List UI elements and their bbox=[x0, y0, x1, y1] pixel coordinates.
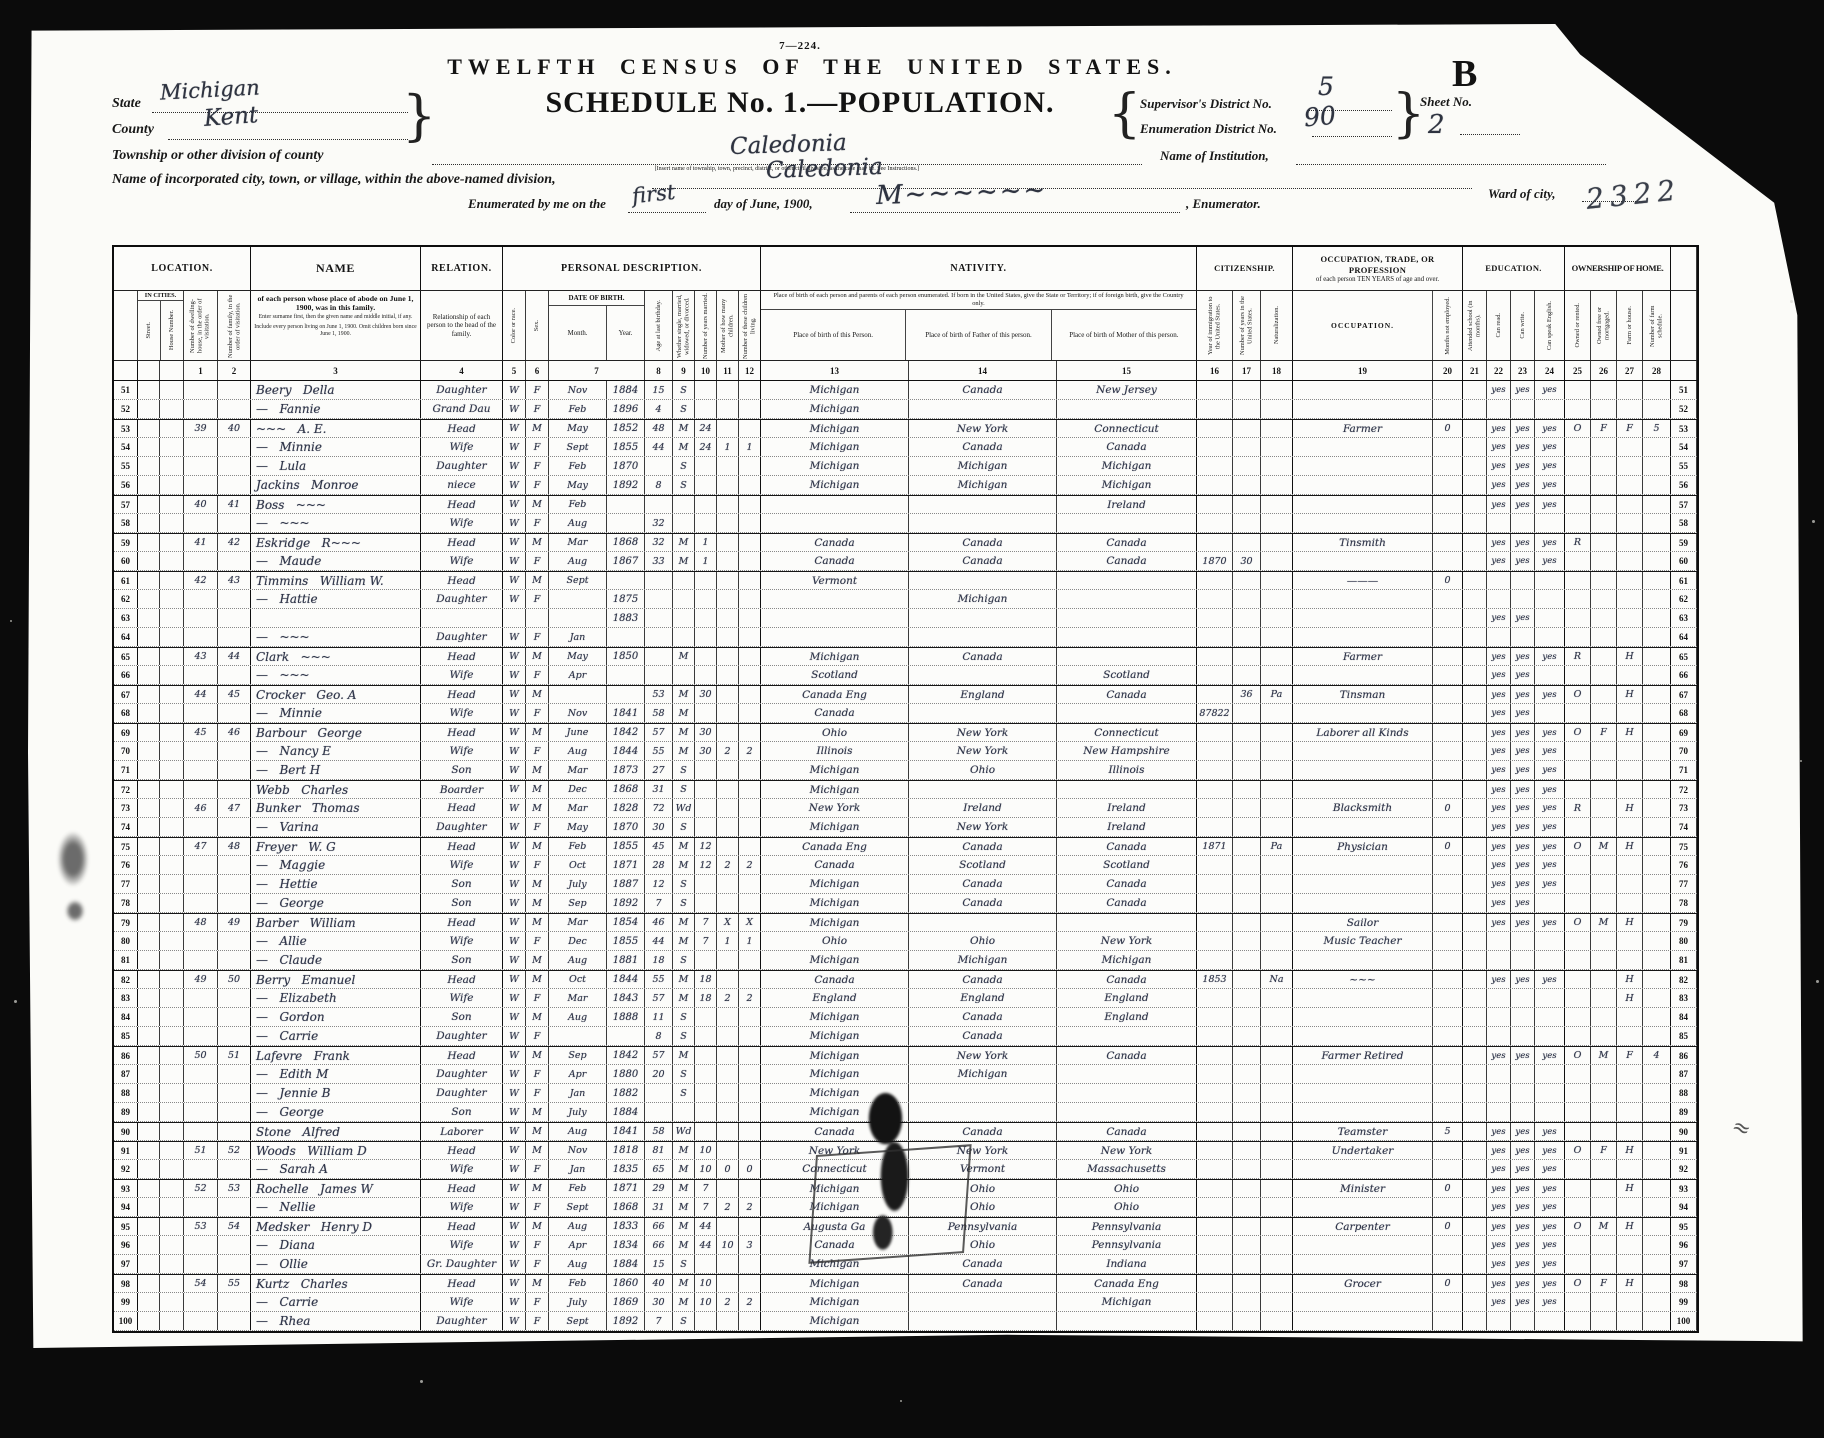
cell-age: 8 bbox=[645, 1027, 673, 1045]
cell-pob: Vermont bbox=[761, 572, 909, 589]
cell-age bbox=[645, 609, 673, 627]
cell-mch bbox=[717, 971, 739, 988]
cell-yr: 1843 bbox=[607, 989, 645, 1007]
cell-mo: Aug bbox=[549, 1255, 607, 1273]
cell-yu bbox=[1233, 1180, 1261, 1197]
cell-rel: Wife bbox=[421, 989, 503, 1007]
line-number-right: 96 bbox=[1671, 1236, 1697, 1254]
cell-cy bbox=[1197, 534, 1233, 551]
column-number: 9 bbox=[673, 361, 695, 380]
cell-pm: New York bbox=[1057, 932, 1197, 950]
cell-pf bbox=[909, 514, 1057, 532]
cell-e2: yes bbox=[1487, 914, 1511, 931]
cell-sex: F bbox=[526, 1065, 549, 1083]
cell-o4 bbox=[1643, 609, 1671, 627]
cell-ho bbox=[160, 648, 184, 665]
cell-ho bbox=[160, 742, 184, 760]
cell-e4: yes bbox=[1535, 1160, 1565, 1178]
cell-age: 31 bbox=[645, 781, 673, 798]
line-number: 56 bbox=[114, 476, 138, 494]
cell-sex: M bbox=[526, 1275, 549, 1292]
census-row: 52— FannieGrand DauWFFeb18964SMichigan52 bbox=[114, 400, 1697, 419]
cell-mar bbox=[673, 514, 695, 532]
cell-mo: Nov bbox=[549, 1142, 607, 1159]
cell-o2 bbox=[1591, 628, 1617, 646]
cell-o3 bbox=[1617, 514, 1643, 532]
cell-e4 bbox=[1535, 951, 1565, 969]
cell-ym bbox=[695, 609, 717, 627]
cell-e4: yes bbox=[1535, 457, 1565, 475]
line-number-right: 98 bbox=[1671, 1275, 1697, 1292]
cell-mo: Apr bbox=[549, 1236, 607, 1254]
cell-rel: Head bbox=[421, 572, 503, 589]
cell-age: 44 bbox=[645, 438, 673, 456]
cell-yu bbox=[1233, 496, 1261, 513]
cell-mar: S bbox=[673, 1065, 695, 1083]
cell-mar bbox=[673, 666, 695, 684]
cell-yu bbox=[1233, 1008, 1261, 1026]
cell-o2 bbox=[1591, 742, 1617, 760]
cell-mch bbox=[717, 724, 739, 741]
cell-e2: yes bbox=[1487, 381, 1511, 399]
cell-mch: 2 bbox=[717, 1198, 739, 1216]
cell-dw bbox=[184, 400, 218, 418]
cell-o4 bbox=[1643, 1312, 1671, 1330]
sex-col: Sex. bbox=[526, 291, 549, 360]
cell-e1 bbox=[1463, 989, 1487, 1007]
cell-dw: 53 bbox=[184, 1218, 218, 1235]
cell-col: W bbox=[503, 1142, 526, 1159]
cell-dw bbox=[184, 989, 218, 1007]
column-number: 1 bbox=[184, 361, 218, 380]
cell-dw: 54 bbox=[184, 1275, 218, 1292]
cell-occ: Carpenter bbox=[1293, 1218, 1433, 1235]
cell-st bbox=[138, 1142, 160, 1159]
cell-mar bbox=[673, 590, 695, 608]
cell-st bbox=[138, 914, 160, 931]
cell-ym bbox=[695, 818, 717, 836]
cell-mar: M bbox=[673, 1236, 695, 1254]
cell-o4 bbox=[1643, 932, 1671, 950]
cell-st bbox=[138, 1084, 160, 1102]
cell-o2 bbox=[1591, 1236, 1617, 1254]
cell-rel: Wife bbox=[421, 1293, 503, 1311]
cell-col: W bbox=[503, 1198, 526, 1216]
cell-e2: yes bbox=[1487, 496, 1511, 513]
cell-e2 bbox=[1487, 1027, 1511, 1045]
cell-ho bbox=[160, 1047, 184, 1064]
cell-e4: yes bbox=[1535, 742, 1565, 760]
cell-sex: M bbox=[526, 1008, 549, 1026]
cell-name bbox=[251, 609, 421, 627]
cell-sex: F bbox=[526, 666, 549, 684]
cell-rel: Wife bbox=[421, 856, 503, 874]
cell-pob: Michigan bbox=[761, 761, 909, 779]
cell-pm: Ireland bbox=[1057, 496, 1197, 513]
cell-dw: 52 bbox=[184, 1180, 218, 1197]
cell-yu bbox=[1233, 989, 1261, 1007]
enumerated-suffix: , Enumerator. bbox=[1186, 196, 1261, 212]
cell-mar: M bbox=[673, 648, 695, 665]
cell-col: W bbox=[503, 742, 526, 760]
cell-col: W bbox=[503, 1008, 526, 1026]
cell-mar: M bbox=[673, 686, 695, 703]
cell-age: 30 bbox=[645, 818, 673, 836]
cell-o2 bbox=[1591, 400, 1617, 418]
census-row: 85— CarrieDaughterWF8SMichiganCanada85 bbox=[114, 1027, 1697, 1046]
cell-ym bbox=[695, 1312, 717, 1330]
cell-e3 bbox=[1511, 989, 1535, 1007]
cell-pf bbox=[909, 1293, 1057, 1311]
pob-col: Place of birth of this Person. bbox=[761, 310, 906, 360]
cell-o3 bbox=[1617, 476, 1643, 494]
cell-ho bbox=[160, 704, 184, 722]
cell-o1: R bbox=[1565, 534, 1591, 551]
cell-nat bbox=[1261, 457, 1293, 475]
cell-name: Barbour George bbox=[251, 724, 421, 741]
cell-occ bbox=[1293, 552, 1433, 570]
years-us-col: Number of years in the United States. bbox=[1233, 291, 1261, 360]
cell-o2 bbox=[1591, 704, 1617, 722]
cell-pf: New York bbox=[909, 818, 1057, 836]
cell-e1 bbox=[1463, 1008, 1487, 1026]
cell-e3 bbox=[1511, 514, 1535, 532]
line-number-right: 69 bbox=[1671, 724, 1697, 741]
cell-col: W bbox=[503, 838, 526, 855]
cell-col: W bbox=[503, 420, 526, 437]
cell-mne bbox=[1433, 552, 1463, 570]
cell-o2 bbox=[1591, 856, 1617, 874]
cell-mch: 10 bbox=[717, 1236, 739, 1254]
cell-e1 bbox=[1463, 1180, 1487, 1197]
cell-mne bbox=[1433, 875, 1463, 893]
column-number: 14 bbox=[909, 361, 1057, 380]
cell-clv bbox=[739, 1312, 761, 1330]
cell-e4 bbox=[1535, 989, 1565, 1007]
cell-cy bbox=[1197, 457, 1233, 475]
cell-pf: Michigan bbox=[909, 476, 1057, 494]
line-number: 95 bbox=[114, 1218, 138, 1235]
cell-st bbox=[138, 438, 160, 456]
cell-age bbox=[645, 1103, 673, 1121]
cell-nat bbox=[1261, 1047, 1293, 1064]
cell-fam bbox=[218, 400, 251, 418]
cell-pm: Michigan bbox=[1057, 457, 1197, 475]
cell-rel: Head bbox=[421, 971, 503, 988]
cell-sex: F bbox=[526, 818, 549, 836]
cell-age: 72 bbox=[645, 799, 673, 817]
cell-yr: 1873 bbox=[607, 761, 645, 779]
cell-occ bbox=[1293, 856, 1433, 874]
cell-o1 bbox=[1565, 1236, 1591, 1254]
cell-o3 bbox=[1617, 742, 1643, 760]
cell-o4 bbox=[1643, 1255, 1671, 1273]
cell-clv bbox=[739, 971, 761, 988]
cell-pob bbox=[761, 609, 909, 627]
column-number bbox=[1671, 361, 1697, 380]
cell-cy bbox=[1197, 1312, 1233, 1330]
cell-st bbox=[138, 1008, 160, 1026]
line-number-right: 80 bbox=[1671, 932, 1697, 950]
census-row: 58— ~~~WifeWFAug3258 bbox=[114, 514, 1697, 533]
cell-cy bbox=[1197, 476, 1233, 494]
cell-mne bbox=[1433, 1084, 1463, 1102]
cell-e4 bbox=[1535, 628, 1565, 646]
cell-mo: Apr bbox=[549, 1065, 607, 1083]
cell-e2 bbox=[1487, 1084, 1511, 1102]
cell-st bbox=[138, 704, 160, 722]
cell-pf: Canada bbox=[909, 894, 1057, 912]
line-number-right: 81 bbox=[1671, 951, 1697, 969]
cell-col: W bbox=[503, 894, 526, 912]
cell-ho bbox=[160, 609, 184, 627]
cell-e4: yes bbox=[1535, 781, 1565, 798]
cell-o2: M bbox=[1591, 1218, 1617, 1235]
cell-occ bbox=[1293, 628, 1433, 646]
cell-st bbox=[138, 476, 160, 494]
cell-pm: Ohio bbox=[1057, 1180, 1197, 1197]
cell-ym bbox=[695, 381, 717, 399]
enumerated-mid: day of June, 1900, bbox=[714, 196, 813, 212]
cell-name: — Minnie bbox=[251, 438, 421, 456]
cell-age: 18 bbox=[645, 951, 673, 969]
cell-o4 bbox=[1643, 590, 1671, 608]
cell-mne bbox=[1433, 1255, 1463, 1273]
cell-clv bbox=[739, 648, 761, 665]
cell-e4 bbox=[1535, 609, 1565, 627]
cell-pf: Canada bbox=[909, 534, 1057, 551]
census-row: 54— MinnieWifeWFSept185544M2411MichiganC… bbox=[114, 438, 1697, 457]
column-number: 18 bbox=[1261, 361, 1293, 380]
cell-pm bbox=[1057, 1084, 1197, 1102]
cell-cy bbox=[1197, 951, 1233, 969]
cell-age: 31 bbox=[645, 1198, 673, 1216]
cell-st bbox=[138, 457, 160, 475]
cell-nat bbox=[1261, 1236, 1293, 1254]
cell-dw bbox=[184, 438, 218, 456]
cell-yu bbox=[1233, 648, 1261, 665]
column-number bbox=[138, 361, 160, 380]
cell-e1 bbox=[1463, 628, 1487, 646]
cell-pm bbox=[1057, 648, 1197, 665]
cell-pm bbox=[1057, 400, 1197, 418]
cell-age: 66 bbox=[645, 1236, 673, 1254]
cell-o1 bbox=[1565, 572, 1591, 589]
cell-pf: Ohio bbox=[909, 932, 1057, 950]
cell-st bbox=[138, 1293, 160, 1311]
cell-name: — ~~~ bbox=[251, 514, 421, 532]
cell-dw: 45 bbox=[184, 724, 218, 741]
cell-o3: H bbox=[1617, 799, 1643, 817]
cell-dw bbox=[184, 476, 218, 494]
cell-yu bbox=[1233, 894, 1261, 912]
cell-pf bbox=[909, 914, 1057, 931]
cell-o3: H bbox=[1617, 838, 1643, 855]
cell-e3 bbox=[1511, 572, 1535, 589]
cell-yr: 1844 bbox=[607, 742, 645, 760]
cell-name: Lafevre Frank bbox=[251, 1047, 421, 1064]
cell-e2: yes bbox=[1487, 666, 1511, 684]
cell-age: 20 bbox=[645, 1065, 673, 1083]
cell-nat bbox=[1261, 914, 1293, 931]
cell-e2: yes bbox=[1487, 724, 1511, 741]
cell-rel: Daughter bbox=[421, 457, 503, 475]
cell-o3 bbox=[1617, 875, 1643, 893]
cell-o4 bbox=[1643, 989, 1671, 1007]
naturalization-col: Naturalization. bbox=[1261, 291, 1293, 360]
cell-e2: yes bbox=[1487, 742, 1511, 760]
cell-o3: F bbox=[1617, 1047, 1643, 1064]
cell-o3: H bbox=[1617, 724, 1643, 741]
cell-fam bbox=[218, 704, 251, 722]
cell-mar: S bbox=[673, 457, 695, 475]
cell-ho bbox=[160, 914, 184, 931]
cell-e1 bbox=[1463, 1027, 1487, 1045]
line-number: 61 bbox=[114, 572, 138, 589]
schedule-title: SCHEDULE No. 1.—POPULATION. bbox=[400, 86, 1200, 120]
cell-fam bbox=[218, 781, 251, 798]
column-number: 25 bbox=[1565, 361, 1591, 380]
cell-mo: Sept bbox=[549, 1312, 607, 1330]
cell-mch: 2 bbox=[717, 742, 739, 760]
occupation-title: OCCUPATION, TRADE, OR PROFESSION bbox=[1293, 254, 1462, 275]
cell-nat bbox=[1261, 552, 1293, 570]
cell-st bbox=[138, 1160, 160, 1178]
cell-yu bbox=[1233, 1255, 1261, 1273]
cell-mne bbox=[1433, 628, 1463, 646]
line-number: 92 bbox=[114, 1160, 138, 1178]
line-number: 62 bbox=[114, 590, 138, 608]
cell-name: Berry Emanuel bbox=[251, 971, 421, 988]
cell-yu bbox=[1233, 1198, 1261, 1216]
cell-mar: S bbox=[673, 476, 695, 494]
cell-nat bbox=[1261, 951, 1293, 969]
cell-mch: 0 bbox=[717, 1160, 739, 1178]
cell-fam: 44 bbox=[218, 648, 251, 665]
line-number: 98 bbox=[114, 1275, 138, 1292]
cell-yu: 36 bbox=[1233, 686, 1261, 703]
cell-ym: 7 bbox=[695, 932, 717, 950]
cell-o4 bbox=[1643, 381, 1671, 399]
cell-o2 bbox=[1591, 438, 1617, 456]
cell-o1 bbox=[1565, 1103, 1591, 1121]
cell-e4 bbox=[1535, 1312, 1565, 1330]
cell-dw bbox=[184, 875, 218, 893]
cell-pf: Michigan bbox=[909, 951, 1057, 969]
cell-dw: 47 bbox=[184, 838, 218, 855]
cell-name: — Fannie bbox=[251, 400, 421, 418]
cell-col: W bbox=[503, 932, 526, 950]
cell-fam bbox=[218, 381, 251, 399]
cell-clv bbox=[739, 1047, 761, 1064]
cell-cy bbox=[1197, 1123, 1233, 1140]
cell-st bbox=[138, 838, 160, 855]
cell-st bbox=[138, 1047, 160, 1064]
cell-clv bbox=[739, 381, 761, 399]
county-label: County bbox=[112, 122, 154, 138]
cell-o2 bbox=[1591, 1103, 1617, 1121]
cell-ym: 24 bbox=[695, 420, 717, 437]
cell-st bbox=[138, 666, 160, 684]
cell-e3: yes bbox=[1511, 1236, 1535, 1254]
cell-clv bbox=[739, 534, 761, 551]
cell-col: W bbox=[503, 818, 526, 836]
line-number: 96 bbox=[114, 1236, 138, 1254]
line-number-right: 53 bbox=[1671, 420, 1697, 437]
cell-pob: England bbox=[761, 989, 909, 1007]
cell-o4 bbox=[1643, 1180, 1671, 1197]
cell-st bbox=[138, 1027, 160, 1045]
cell-nat bbox=[1261, 666, 1293, 684]
cell-sex: F bbox=[526, 989, 549, 1007]
cell-occ bbox=[1293, 590, 1433, 608]
cell-name: — George bbox=[251, 1103, 421, 1121]
cell-rel: Head bbox=[421, 648, 503, 665]
cell-ym bbox=[695, 590, 717, 608]
cell-clv bbox=[739, 457, 761, 475]
cell-e1 bbox=[1463, 420, 1487, 437]
cell-nat bbox=[1261, 1160, 1293, 1178]
census-row: 83— ElizabethWifeWFMar184357M1822England… bbox=[114, 989, 1697, 1008]
cell-o4 bbox=[1643, 1084, 1671, 1102]
cell-occ bbox=[1293, 781, 1433, 798]
cell-occ bbox=[1293, 438, 1433, 456]
cell-rel: Daughter bbox=[421, 381, 503, 399]
cell-yr: 1841 bbox=[607, 1123, 645, 1140]
cell-ym: 7 bbox=[695, 914, 717, 931]
cell-fam: 42 bbox=[218, 534, 251, 551]
cell-pob bbox=[761, 496, 909, 513]
column-number: 28 bbox=[1643, 361, 1671, 380]
cell-pm: Canada bbox=[1057, 1047, 1197, 1064]
cell-mch bbox=[717, 894, 739, 912]
cell-o1 bbox=[1565, 742, 1591, 760]
cell-ho bbox=[160, 799, 184, 817]
cell-name: — ~~~ bbox=[251, 666, 421, 684]
cell-pob: Michigan bbox=[761, 1008, 909, 1026]
cell-name: Eskridge R~~~ bbox=[251, 534, 421, 551]
column-number: 8 bbox=[645, 361, 673, 380]
census-row: 614243Timmins William W.HeadWMSeptVermon… bbox=[114, 571, 1697, 590]
cell-e3: yes bbox=[1511, 894, 1535, 912]
cell-mo: July bbox=[549, 875, 607, 893]
cell-ho bbox=[160, 1027, 184, 1045]
cell-o4 bbox=[1643, 1293, 1671, 1311]
cell-name: — Allie bbox=[251, 932, 421, 950]
cell-ho bbox=[160, 572, 184, 589]
cell-e2: yes bbox=[1487, 1293, 1511, 1311]
cell-ym: 7 bbox=[695, 1198, 717, 1216]
cell-ym bbox=[695, 476, 717, 494]
cell-clv: 2 bbox=[739, 989, 761, 1007]
line-number-right: 76 bbox=[1671, 856, 1697, 874]
line-number: 85 bbox=[114, 1027, 138, 1045]
cell-pm bbox=[1057, 781, 1197, 798]
line-number-right: 67 bbox=[1671, 686, 1697, 703]
cell-mne bbox=[1433, 1312, 1463, 1330]
cell-pm bbox=[1057, 628, 1197, 646]
cell-occ: Laborer all Kinds bbox=[1293, 724, 1433, 741]
cell-clv bbox=[739, 1218, 761, 1235]
cell-e3: yes bbox=[1511, 724, 1535, 741]
line-number-right: 91 bbox=[1671, 1142, 1697, 1159]
cell-ho bbox=[160, 438, 184, 456]
cell-dw: 41 bbox=[184, 534, 218, 551]
cell-pf: Canada bbox=[909, 838, 1057, 855]
cell-pf: Ohio bbox=[909, 761, 1057, 779]
cell-st bbox=[138, 1218, 160, 1235]
line-number-right: 89 bbox=[1671, 1103, 1697, 1121]
